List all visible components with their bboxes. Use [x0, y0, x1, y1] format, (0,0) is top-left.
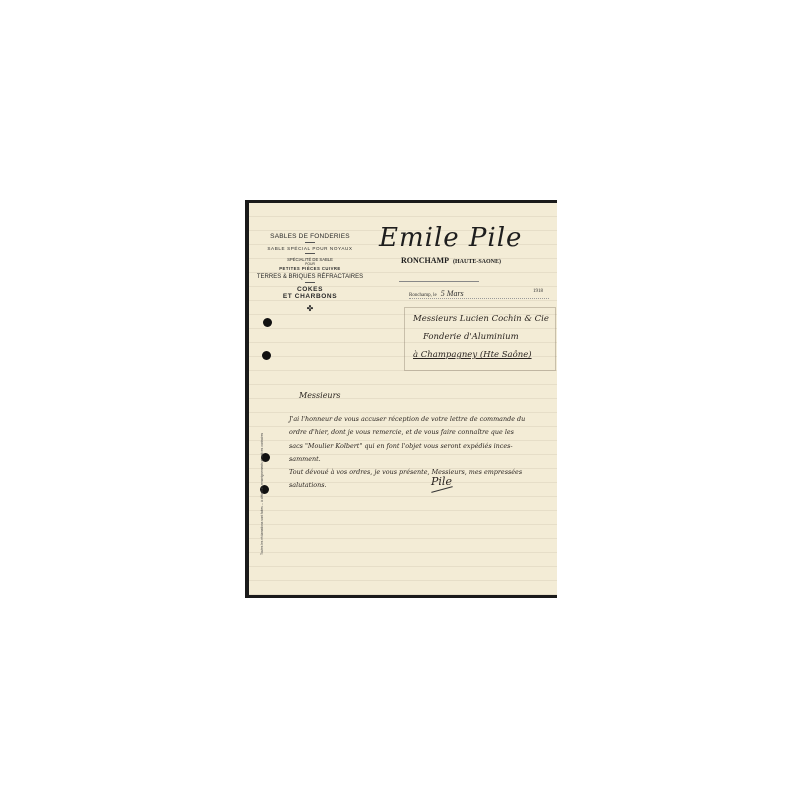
body-line: Tout dévoué à vos ordres, je vous présen… — [289, 466, 554, 479]
address-line: à Champagney (Hte Saône) — [413, 350, 532, 360]
letter-body: J'ai l'honneur de vous accuser réception… — [289, 413, 554, 493]
punch-hole — [263, 318, 272, 327]
letter-page: Toutes les réclamations sont faites ... … — [245, 200, 557, 598]
service-line: TERRES & BRIQUES RÉFRACTAIRES — [255, 274, 365, 280]
service-line: SABLE SPÉCIAL POUR NOYAUX — [255, 246, 365, 251]
service-line: PETITES PIÈCES CUIVRE — [255, 266, 365, 271]
margin-note: Toutes les réclamations sont faites ... … — [257, 308, 261, 558]
service-line: ET CHARBONS — [255, 293, 365, 300]
body-line: J'ai l'honneur de vous accuser réception… — [289, 413, 554, 426]
body-line: samment. — [289, 453, 554, 466]
body-line: ordre d'hier, dont je vous remercie, et … — [289, 426, 554, 439]
address-line: Fonderie d'Aluminium — [423, 332, 519, 342]
separator — [305, 282, 315, 283]
separator — [305, 242, 315, 243]
header-divider — [399, 281, 479, 282]
salutation: Messieurs — [299, 391, 341, 400]
separator — [305, 253, 315, 254]
recipient-address: Messieurs Lucien Cochin & Cie Fonderie d… — [404, 307, 556, 371]
service-line: SABLES DE FONDERIES — [255, 233, 365, 240]
body-line: sacs "Moulier Kolbert" qui en font l'obj… — [289, 440, 554, 453]
company-city: RONCHAMP(HAUTE-SAONE) — [401, 256, 501, 265]
letterhead-services: SABLES DE FONDERIES SABLE SPÉCIAL POUR N… — [255, 229, 365, 313]
service-line: COKES — [255, 286, 365, 293]
dateline: Ronchamp, le5 Mars 1918 — [409, 289, 549, 299]
address-line: Messieurs Lucien Cochin & Cie — [413, 314, 549, 324]
body-line: salutations. — [289, 479, 554, 492]
company-name: Emile Pile — [379, 223, 549, 253]
ornament-icon: ✤ — [255, 304, 365, 313]
